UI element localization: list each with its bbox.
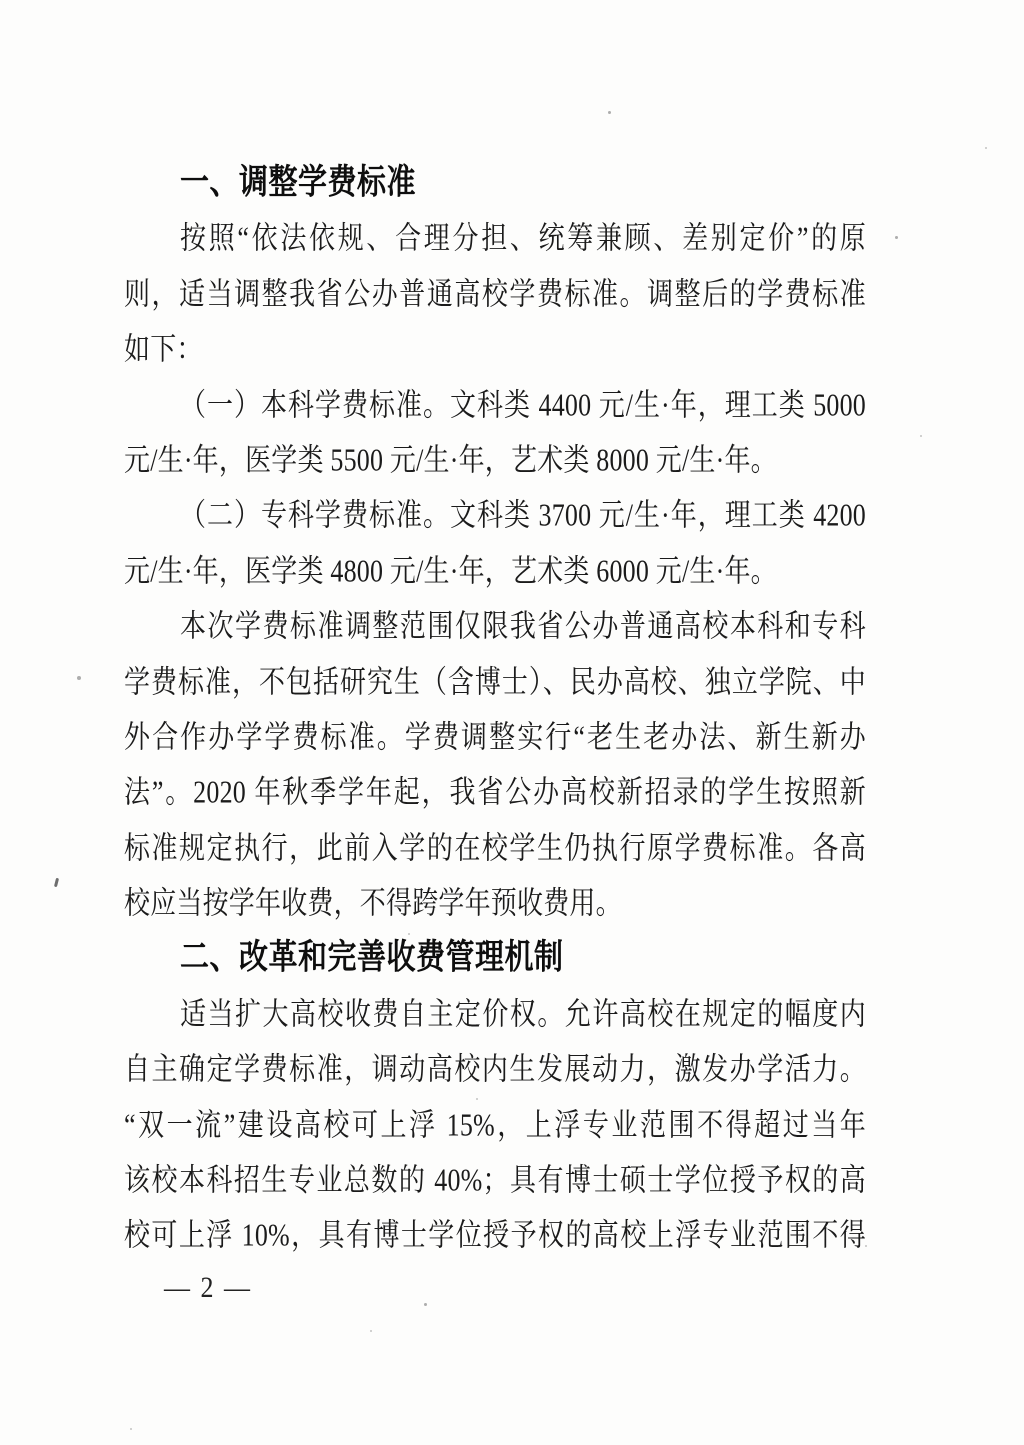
scan-speck xyxy=(130,1428,132,1430)
page-number: — 2 — xyxy=(164,1258,252,1318)
scan-speck xyxy=(77,676,81,680)
scan-speck xyxy=(985,147,987,149)
scan-speck xyxy=(920,435,922,437)
scan-speck xyxy=(424,1303,427,1306)
scan-speck xyxy=(408,933,410,935)
scan-speck xyxy=(54,878,59,887)
document-page: 一、调整学费标准按照“依法依规、合理分担、统筹兼顾、差别定价”的原则，适当调整我… xyxy=(0,0,1024,1445)
scan-speck xyxy=(895,236,898,239)
scan-speck xyxy=(370,1330,372,1332)
scan-speck xyxy=(865,1245,867,1247)
scan-speck xyxy=(608,111,611,114)
document-body: 一、调整学费标准按照“依法依规、合理分担、统筹兼顾、差别定价”的原则，适当调整我… xyxy=(124,156,866,1264)
scan-speck xyxy=(476,1098,478,1100)
